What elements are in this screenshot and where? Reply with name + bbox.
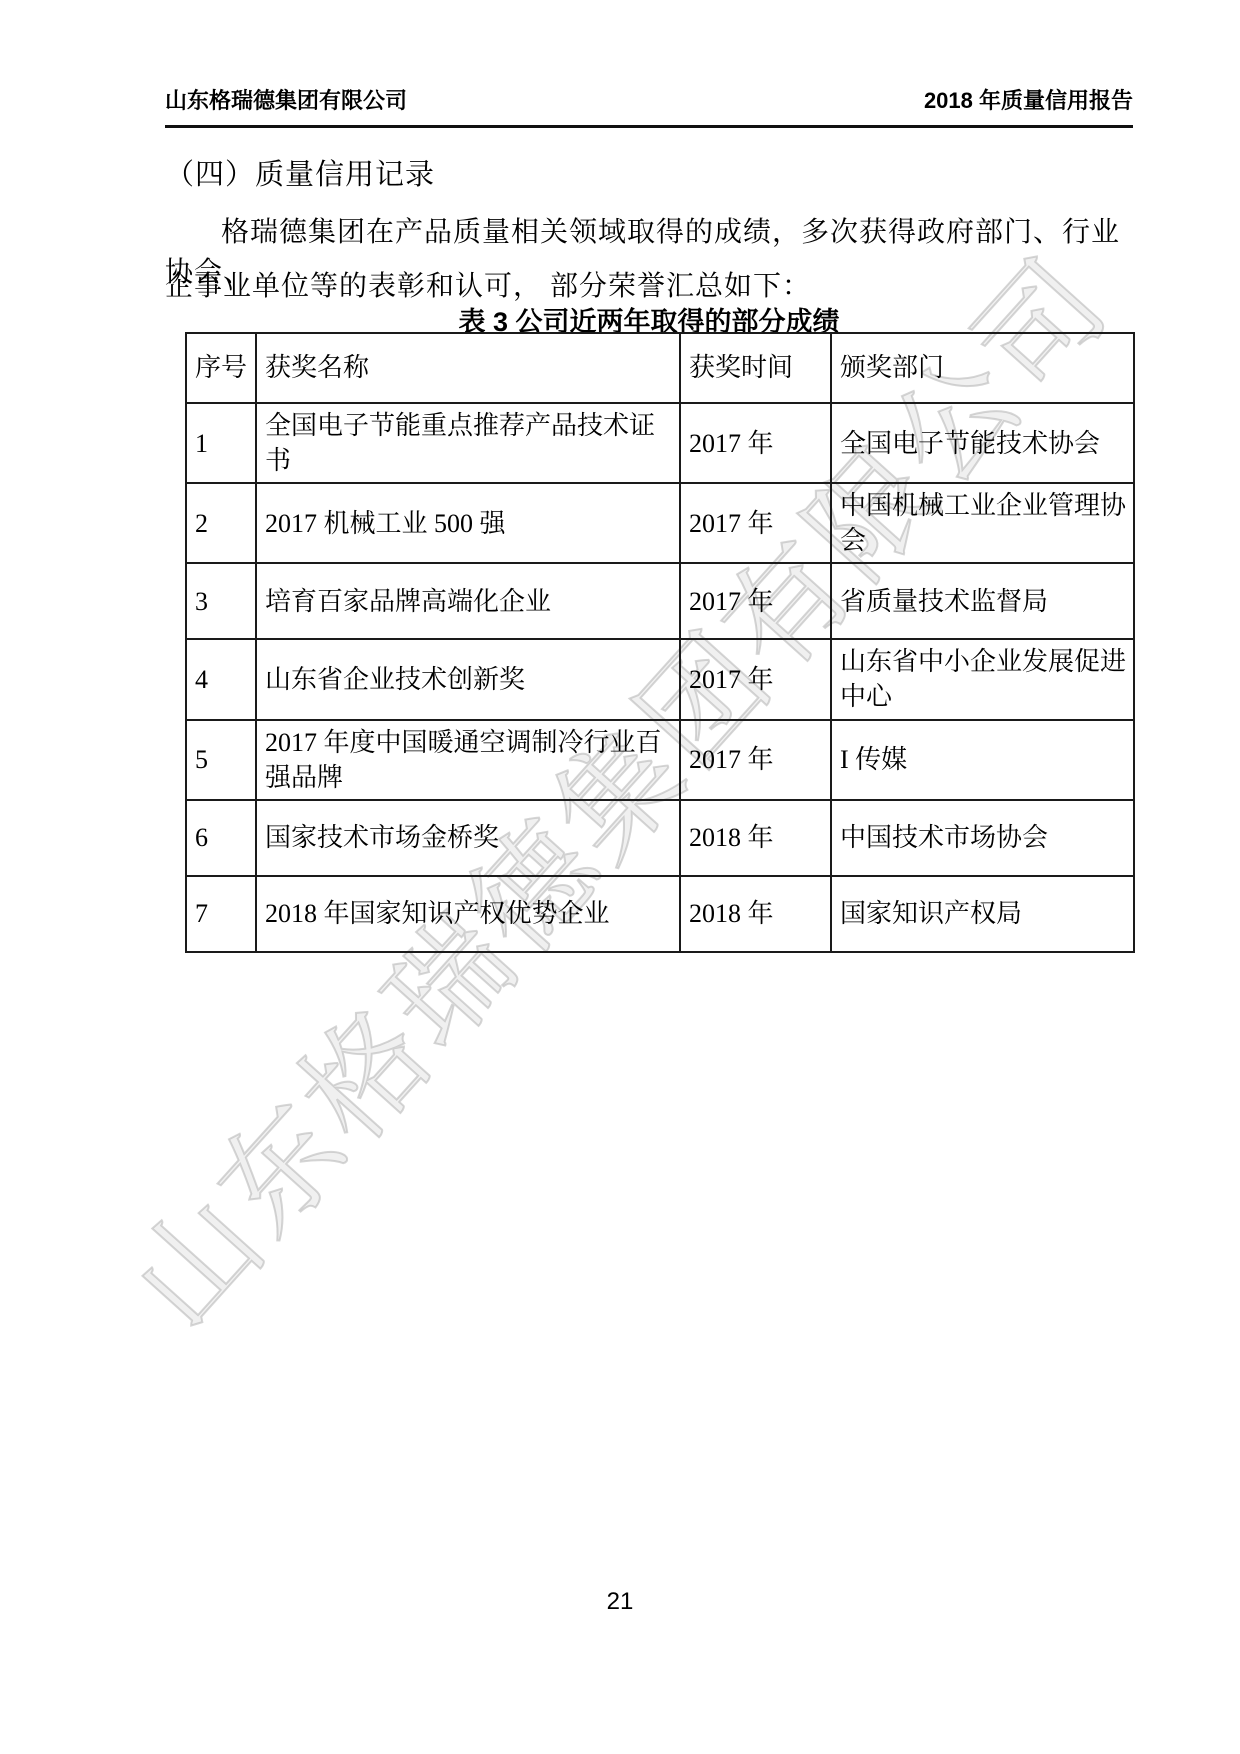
table-row: 2 2017 机械工业 500 强 2017 年 中国机械工业企业管理协会	[186, 483, 1134, 563]
cell-award-name: 2017 机械工业 500 强	[256, 483, 680, 563]
table-row: 5 2017 年度中国暖通空调制冷行业百强品牌 2017 年 I 传媒	[186, 720, 1134, 800]
cell-award-name: 培育百家品牌高端化企业	[256, 563, 680, 639]
cell-award-dept: I 传媒	[831, 720, 1134, 800]
cell-award-name: 国家技术市场金桥奖	[256, 800, 680, 876]
col-header-award-dept: 颁奖部门	[831, 333, 1134, 403]
cell-index: 5	[186, 720, 256, 800]
cell-award-name: 全国电子节能重点推荐产品技术证书	[256, 403, 680, 483]
cell-award-time: 2017 年	[680, 639, 831, 719]
cell-award-dept: 中国技术市场协会	[831, 800, 1134, 876]
cell-award-dept: 国家知识产权局	[831, 876, 1134, 952]
page-header: 山东格瑞德集团有限公司 2018 年质量信用报告	[165, 84, 1133, 128]
cell-index: 4	[186, 639, 256, 719]
cell-award-time: 2017 年	[680, 403, 831, 483]
table-row: 4 山东省企业技术创新奖 2017 年 山东省中小企业发展促进中心	[186, 639, 1134, 719]
table-row: 6 国家技术市场金桥奖 2018 年 中国技术市场协会	[186, 800, 1134, 876]
cell-award-time: 2017 年	[680, 563, 831, 639]
col-header-award-time: 获奖时间	[680, 333, 831, 403]
table-row: 1 全国电子节能重点推荐产品技术证书 2017 年 全国电子节能技术协会	[186, 403, 1134, 483]
cell-index: 6	[186, 800, 256, 876]
table-row: 3 培育百家品牌高端化企业 2017 年 省质量技术监督局	[186, 563, 1134, 639]
page-number: 21	[0, 1588, 1240, 1616]
cell-award-time: 2017 年	[680, 483, 831, 563]
cell-index: 7	[186, 876, 256, 952]
cell-award-dept: 全国电子节能技术协会	[831, 403, 1134, 483]
cell-award-name: 2018 年国家知识产权优势企业	[256, 876, 680, 952]
cell-award-name: 山东省企业技术创新奖	[256, 639, 680, 719]
section-heading: （四）质量信用记录	[165, 152, 435, 193]
cell-award-time: 2017 年	[680, 720, 831, 800]
cell-award-time: 2018 年	[680, 800, 831, 876]
awards-table: 序号 获奖名称 获奖时间 颁奖部门 1 全国电子节能重点推荐产品技术证书 201…	[185, 332, 1135, 953]
col-header-index: 序号	[186, 333, 256, 403]
cell-award-name: 2017 年度中国暖通空调制冷行业百强品牌	[256, 720, 680, 800]
table-header-row: 序号 获奖名称 获奖时间 颁奖部门	[186, 333, 1134, 403]
paragraph-line-2: 企事业单位等的表彰和认可， 部分荣誉汇总如下：	[165, 264, 1133, 304]
cell-award-dept: 中国机械工业企业管理协会	[831, 483, 1134, 563]
cell-award-dept: 省质量技术监督局	[831, 563, 1134, 639]
header-company-name: 山东格瑞德集团有限公司	[165, 84, 407, 115]
document-page: 山东格瑞德集团有限公司 山东格瑞德集团有限公司 2018 年质量信用报告 （四）…	[0, 0, 1240, 1754]
table-row: 7 2018 年国家知识产权优势企业 2018 年 国家知识产权局	[186, 876, 1134, 952]
cell-index: 2	[186, 483, 256, 563]
header-report-title: 2018 年质量信用报告	[924, 84, 1133, 115]
cell-award-dept: 山东省中小企业发展促进中心	[831, 639, 1134, 719]
col-header-award-name: 获奖名称	[256, 333, 680, 403]
cell-index: 1	[186, 403, 256, 483]
cell-index: 3	[186, 563, 256, 639]
cell-award-time: 2018 年	[680, 876, 831, 952]
